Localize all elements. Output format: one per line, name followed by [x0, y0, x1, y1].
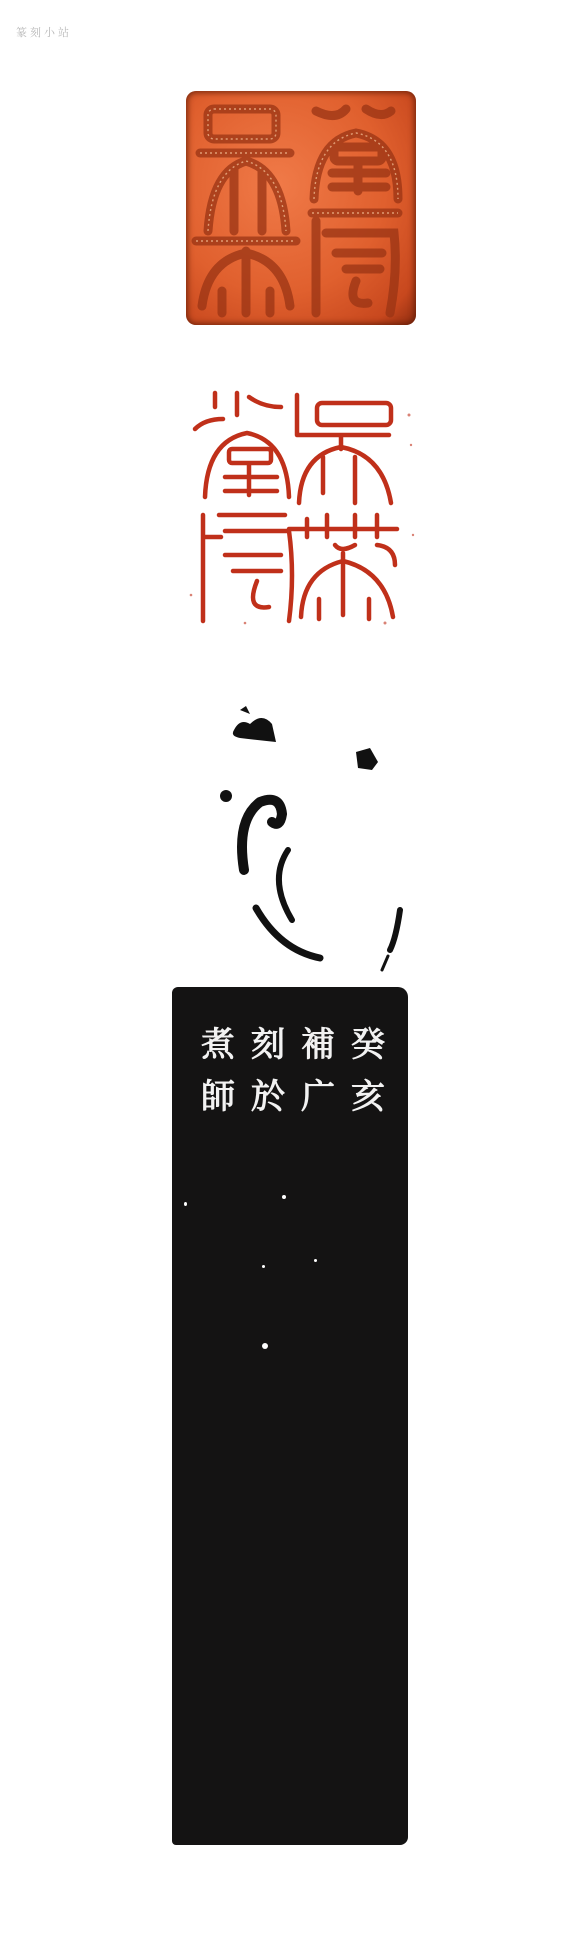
inscription-column: 煮 師 [196, 1019, 240, 1149]
seal-stone-image [186, 91, 416, 325]
inscription-column: 刻 於 [246, 1019, 290, 1149]
inscription-text: 癸 亥 補 广 刻 於 煮 師 [190, 1019, 390, 1149]
inscription-char: 於 [251, 1071, 285, 1123]
inscription-char: 癸 [351, 1019, 385, 1071]
inscription-char: 刻 [251, 1019, 285, 1071]
ink-fragments [210, 690, 420, 980]
inscription-char: 師 [201, 1071, 235, 1123]
watermark: 篆刻小站 [16, 24, 72, 40]
rubbing-speck [282, 1195, 286, 1199]
side-inscription-rubbing: 癸 亥 補 广 刻 於 煮 師 [172, 987, 408, 1845]
seal-carving-glyphs [186, 91, 416, 325]
rubbing-speck [262, 1265, 265, 1268]
inscription-char: 煮 [201, 1019, 235, 1071]
seal-impression-glyphs [185, 385, 421, 627]
inscription-column: 癸 亥 [346, 1019, 390, 1149]
rubbing-speck [314, 1259, 317, 1262]
inscription-char: 广 [301, 1071, 335, 1123]
inscription-char: 補 [301, 1019, 335, 1071]
inscription-column: 補 广 [296, 1019, 340, 1149]
seal-impression-image [185, 385, 421, 627]
rubbing-speck [262, 1343, 268, 1349]
inscription-char: 亥 [351, 1071, 385, 1123]
rubbing-speck [184, 1202, 187, 1206]
side-ink-marks-image [210, 690, 420, 980]
